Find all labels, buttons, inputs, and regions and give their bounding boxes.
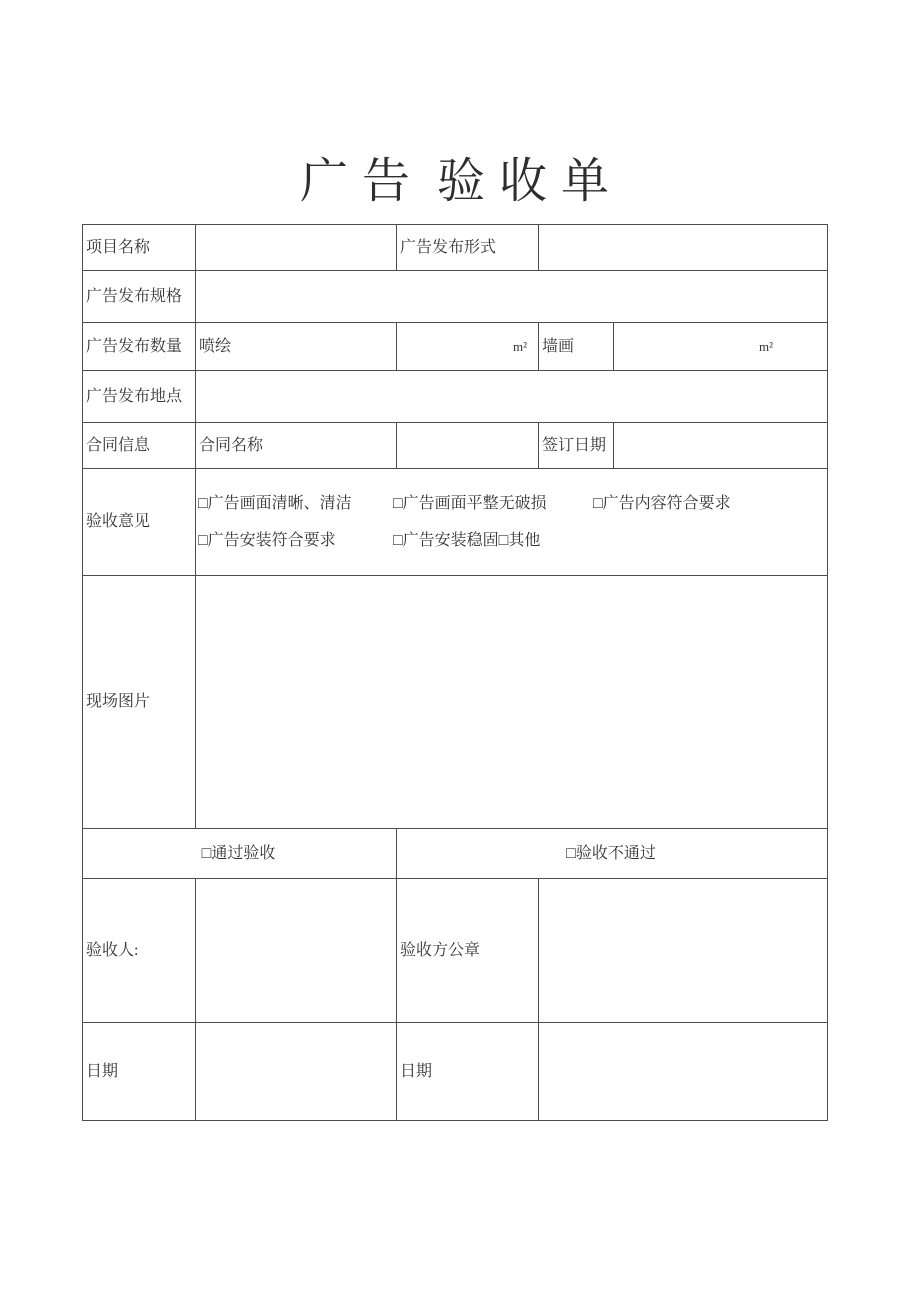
row-location: 广告发布地点 (83, 371, 828, 423)
location-label: 广告发布地点 (83, 371, 196, 423)
inkjet-label-cell[interactable]: 喷绘 (196, 323, 397, 371)
acceptor-label: 验收人: (83, 879, 196, 1023)
row-project-name: 项目名称 广告发布形式 (83, 225, 828, 271)
ad-form-label: 广告发布形式 (397, 225, 539, 271)
checkbox-option-content-compliant[interactable]: □广告内容符合要求 (593, 494, 731, 513)
project-name-label: 项目名称 (83, 225, 196, 271)
checkbox-option-picture-intact[interactable]: □广告画面平整无破损 (393, 494, 593, 513)
wall-label-cell: 墙画 (539, 323, 614, 371)
opinion-options-cell: □广告画面清晰、清洁 □广告画面平整无破损 □广告内容符合要求 □广告安装符合要… (196, 469, 828, 576)
checkbox-option-install-stable-other[interactable]: □广告安装稳固□其他 (393, 531, 593, 550)
sign-date-label: 签订日期 (539, 423, 614, 469)
row-dates: 日期 日期 (83, 1023, 828, 1121)
opinion-options-line-1: □广告画面清晰、清洁 □广告画面平整无破损 □广告内容符合要求 (196, 485, 827, 522)
contract-name-label: 合同名称 (196, 423, 397, 469)
quantity-label: 广告发布数量 (83, 323, 196, 371)
date-label-right: 日期 (397, 1023, 539, 1121)
date-value-left-cell[interactable] (196, 1023, 397, 1121)
spec-value-cell[interactable] (196, 271, 828, 323)
checkbox-result-pass[interactable]: □通过验收 (83, 829, 397, 879)
checkbox-option-picture-clear[interactable]: □广告画面清晰、清洁 (198, 494, 393, 513)
sign-date-value-cell[interactable] (614, 423, 828, 469)
ad-form-value-cell[interactable] (539, 225, 828, 271)
acceptance-form-table: 项目名称 广告发布形式 广告发布规格 广告发布数量 喷绘 m² 墙画 m² 广告… (82, 224, 828, 1121)
checkbox-option-install-compliant[interactable]: □广告安装符合要求 (198, 531, 393, 550)
project-name-value-cell[interactable] (196, 225, 397, 271)
date-value-right-cell[interactable] (539, 1023, 828, 1121)
row-quantity: 广告发布数量 喷绘 m² 墙画 m² (83, 323, 828, 371)
photos-area-cell[interactable] (196, 576, 828, 829)
checkbox-result-fail[interactable]: □验收不通过 (397, 829, 828, 879)
spec-label: 广告发布规格 (83, 271, 196, 323)
wall-unit-cell[interactable]: m² (614, 323, 828, 371)
row-contract: 合同信息 合同名称 签订日期 (83, 423, 828, 469)
document-page: 广 告 验 收 单 项目名称 广告发布形式 广告发布规格 广告发布数量 喷绘 m… (0, 0, 920, 1303)
acceptor-signature-cell[interactable] (196, 879, 397, 1023)
location-value-cell[interactable] (196, 371, 828, 423)
contract-name-value-cell[interactable] (397, 423, 539, 469)
row-result: □通过验收 □验收不通过 (83, 829, 828, 879)
inkjet-unit-cell[interactable]: m² (397, 323, 539, 371)
row-opinion: 验收意见 □广告画面清晰、清洁 □广告画面平整无破损 □广告内容符合要求 □广告… (83, 469, 828, 576)
seal-label: 验收方公章 (397, 879, 539, 1023)
row-acceptor: 验收人: 验收方公章 (83, 879, 828, 1023)
opinion-options-line-2: □广告安装符合要求 □广告安装稳固□其他 (196, 522, 827, 559)
photos-label: 现场图片 (83, 576, 196, 829)
contract-info-label: 合同信息 (83, 423, 196, 469)
opinion-label: 验收意见 (83, 469, 196, 576)
row-photos: 现场图片 (83, 576, 828, 829)
seal-area-cell[interactable] (539, 879, 828, 1023)
row-spec: 广告发布规格 (83, 271, 828, 323)
date-label-left: 日期 (83, 1023, 196, 1121)
page-title: 广 告 验 收 单 (0, 142, 910, 211)
